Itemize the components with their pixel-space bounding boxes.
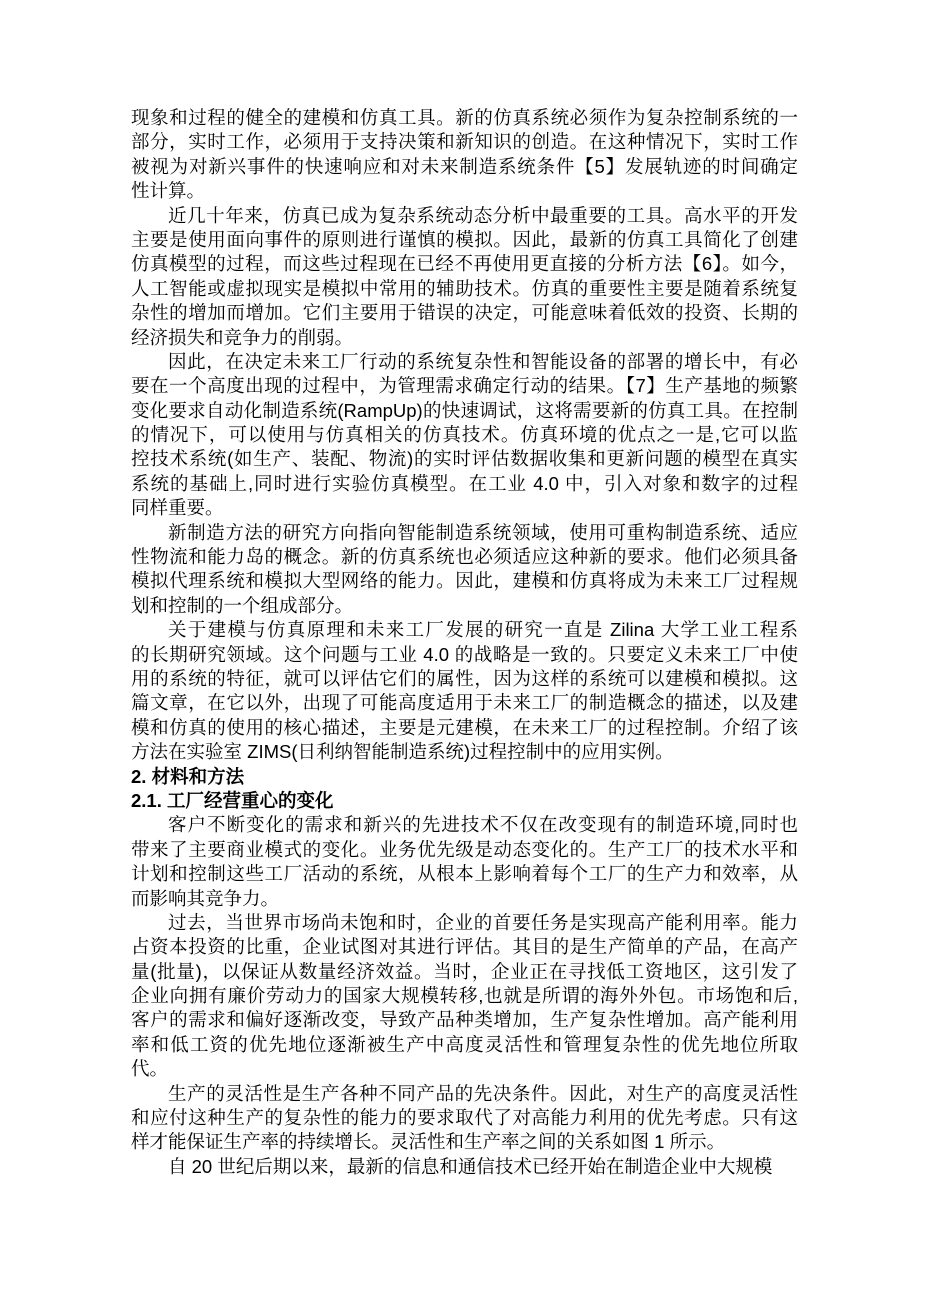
text-line: 系统的基础上,同时进行实验仿真模型。在工业 4.0 中，引入对象和数字的过程 — [131, 472, 798, 496]
text-line: 带来了主要商业模式的变化。业务优先级是动态变化的。生产工厂的技术水平和 — [131, 838, 798, 862]
text-line: 性计算。 — [131, 179, 798, 203]
text-line: 篇文章，在它以外，出现了可能高度适用于未来工厂的制造概念的描述，以及建 — [131, 691, 798, 715]
text-line: 杂性的增加而增加。它们主要用于错误的决定，可能意味着低效的投资、长期的 — [131, 301, 798, 325]
paragraph: 因此，在决定未来工厂行动的系统复杂性和智能设备的部署的增长中，有必要在一个高度出… — [131, 350, 798, 521]
text-line: 变化要求自动化制造系统(RampUp)的快速调试，这将需要新的仿真工具。在控制 — [131, 399, 798, 423]
text-line: 过去，当世界市场尚未饱和时，企业的首要任务是实现高产能利用率。能力 — [131, 911, 798, 935]
document-page: 现象和过程的健全的建模和仿真工具。新的仿真系统必须作为复杂控制系统的一部分，实时… — [0, 0, 926, 1309]
text-line: 率和低工资的优先地位逐渐被生产中高度灵活性和管理复杂性的优先地位所取 — [131, 1033, 798, 1057]
section-heading: 2.1. 工厂经营重心的变化 — [131, 789, 798, 813]
text-line: 生产的灵活性是生产各种不同产品的先决条件。因此，对生产的高度灵活性 — [131, 1082, 798, 1106]
text-line: 计划和控制这些工厂活动的系统，从根本上影响着每个工厂的生产力和效率，从 — [131, 862, 798, 886]
paragraph: 客户不断变化的需求和新兴的先进技术不仅在改变现有的制造环境,同时也带来了主要商业… — [131, 813, 798, 911]
text-line: 因此，在决定未来工厂行动的系统复杂性和智能设备的部署的增长中，有必 — [131, 350, 798, 374]
text-line: 企业向拥有廉价劳动力的国家大规模转移,也就是所谓的海外外包。市场饱和后, — [131, 984, 798, 1008]
text-line: 人工智能或虚拟现实是模拟中常用的辅助技术。仿真的重要性主要是随着系统复 — [131, 277, 798, 301]
text-line: 2.1. 工厂经营重心的变化 — [131, 789, 798, 813]
paragraph: 近几十年来，仿真已成为复杂系统动态分析中最重要的工具。高水平的开发主要是使用面向… — [131, 204, 798, 350]
text-line: 模和仿真的使用的核心描述，主要是元建模，在未来工厂的过程控制。介绍了该 — [131, 716, 798, 740]
text-line: 主要是使用面向事件的原则进行谨慎的模拟。因此，最新的仿真工具简化了创建 — [131, 228, 798, 252]
text-line: 控技术系统(如生产、装配、物流)的实时评估数据收集和更新问题的模型在真实 — [131, 447, 798, 471]
text-line: 仿真模型的过程，而这些过程现在已经不再使用更直接的分析方法【6】。如今， — [131, 252, 798, 276]
text-line: 样才能保证生产率的持续增长。灵活性和生产率之间的关系如图 1 所示。 — [131, 1130, 798, 1154]
text-line: 经济损失和竞争力的削弱。 — [131, 326, 798, 350]
section-heading: 2. 材料和方法 — [131, 765, 798, 789]
paragraph: 现象和过程的健全的建模和仿真工具。新的仿真系统必须作为复杂控制系统的一部分，实时… — [131, 106, 798, 204]
text-line: 和应付这种生产的复杂性的能力的要求取代了对高能力利用的优先考虑。只有这 — [131, 1106, 798, 1130]
paragraph: 生产的灵活性是生产各种不同产品的先决条件。因此，对生产的高度灵活性和应付这种生产… — [131, 1082, 798, 1155]
text-line: 新制造方法的研究方向指向智能制造系统领域，使用可重构制造系统、适应 — [131, 521, 798, 545]
text-line: 模拟代理系统和模拟大型网络的能力。因此，建模和仿真将成为未来工厂过程规 — [131, 569, 798, 593]
paragraph: 过去，当世界市场尚未饱和时，企业的首要任务是实现高产能利用率。能力占资本投资的比… — [131, 911, 798, 1082]
text-line: 性物流和能力岛的概念。新的仿真系统也必须适应这种新的要求。他们必须具备 — [131, 545, 798, 569]
text-line: 代。 — [131, 1057, 798, 1081]
text-line: 被视为对新兴事件的快速响应和对未来制造系统条件【5】发展轨迹的时间确定 — [131, 155, 798, 179]
text-line: 客户不断变化的需求和新兴的先进技术不仅在改变现有的制造环境,同时也 — [131, 813, 798, 837]
text-line: 占资本投资的比重，企业试图对其进行评估。其目的是生产简单的产品，在高产 — [131, 935, 798, 959]
text-line: 而影响其竞争力。 — [131, 887, 798, 911]
text-line: 现象和过程的健全的建模和仿真工具。新的仿真系统必须作为复杂控制系统的一 — [131, 106, 798, 130]
paragraph: 自 20 世纪后期以来，最新的信息和通信技术已经开始在制造企业中大规模 — [131, 1155, 798, 1179]
text-line: 要在一个高度出现的过程中，为管理需求确定行动的结果。【7】生产基地的频繁 — [131, 374, 798, 398]
text-line: 划和控制的一个组成部分。 — [131, 594, 798, 618]
text-line: 近几十年来，仿真已成为复杂系统动态分析中最重要的工具。高水平的开发 — [131, 204, 798, 228]
text-line: 2. 材料和方法 — [131, 765, 798, 789]
paragraph: 关于建模与仿真原理和未来工厂发展的研究一直是 Zilina 大学工业工程系的长期… — [131, 618, 798, 764]
text-line: 量(批量)，以保证从数量经济效益。当时，企业正在寻找低工资地区，这引发了 — [131, 960, 798, 984]
text-line: 部分，实时工作，必须用于支持决策和新知识的创造。在这种情况下，实时工作 — [131, 130, 798, 154]
text-line: 方法在实验室 ZIMS(日利纳智能制造系统)过程控制中的应用实例。 — [131, 740, 798, 764]
document-content: 现象和过程的健全的建模和仿真工具。新的仿真系统必须作为复杂控制系统的一部分，实时… — [131, 106, 798, 1179]
text-line: 用的系统的特征，就可以评估它们的属性，因为这样的系统可以建模和模拟。这 — [131, 667, 798, 691]
text-line: 的长期研究领域。这个问题与工业 4.0 的战略是一致的。只要定义未来工厂中使 — [131, 643, 798, 667]
text-line: 同样重要。 — [131, 496, 798, 520]
paragraph: 新制造方法的研究方向指向智能制造系统领域，使用可重构制造系统、适应性物流和能力岛… — [131, 521, 798, 619]
text-line: 客户的需求和偏好逐渐改变，导致产品种类增加，生产复杂性增加。高产能利用 — [131, 1008, 798, 1032]
text-line: 的情况下，可以使用与仿真相关的仿真技术。仿真环境的优点之一是,它可以监 — [131, 423, 798, 447]
text-line: 自 20 世纪后期以来，最新的信息和通信技术已经开始在制造企业中大规模 — [131, 1155, 798, 1179]
text-line: 关于建模与仿真原理和未来工厂发展的研究一直是 Zilina 大学工业工程系 — [131, 618, 798, 642]
